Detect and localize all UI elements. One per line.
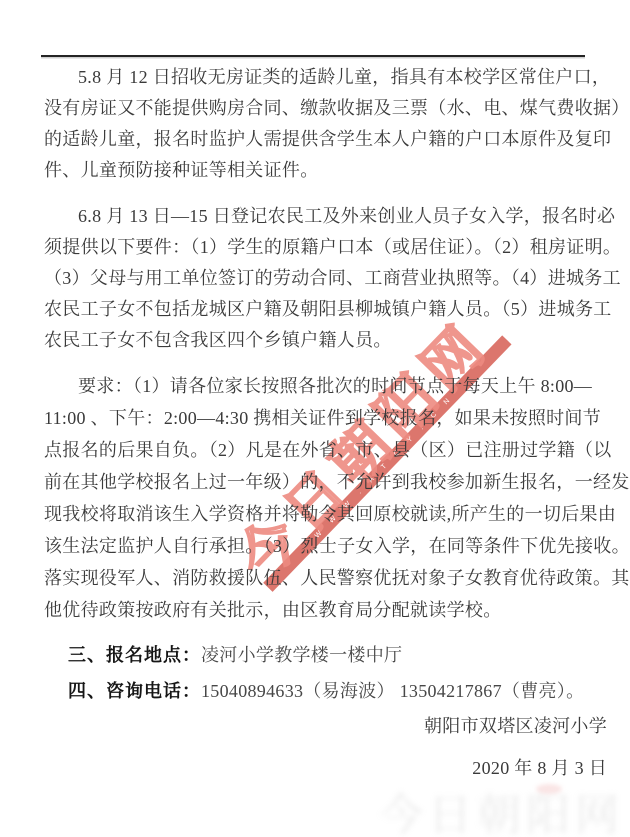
text-line: 他优待政策按政府有关批示，由区教育局分配就读学校。 bbox=[44, 594, 607, 626]
text-line: 5.8 月 12 日招收无房证类的适龄儿童，指具有本校学区常住户口， bbox=[44, 62, 607, 93]
text-line: 件、儿童预防接种证等相关证件。 bbox=[44, 155, 607, 186]
section-contact-phone: 四、咨询电话：15040894633（易海波） 13504217867（曹亮）。 bbox=[44, 679, 607, 703]
section-value: 凌河小学教学楼一楼中厅 bbox=[201, 645, 402, 665]
header-divider-line bbox=[41, 55, 585, 57]
section-value: 15040894633（易海波） 13504217867（曹亮）。 bbox=[201, 681, 584, 701]
text-line: 前在其他学校报名上过一年级）的，不允许到我校参加新生报名，一经发 bbox=[44, 466, 607, 498]
paragraph-item-6: 6.8 月 13 日—15 日登记农民工及外来创业人员子女入学，报名时必须提供以… bbox=[44, 201, 607, 356]
signature-date: 2020 年 8 月 3 日 bbox=[44, 756, 630, 780]
section-registration-location: 三、报名地点：凌河小学教学楼一楼中厅 bbox=[44, 643, 607, 667]
text-line: 11:00 、下午：2:00—4:30 携相关证件到学校报名，如果未按照时间节 bbox=[44, 402, 607, 434]
text-line: 落实现役军人、消防救援队伍、人民警察优抚对象子女教育优待政策。其 bbox=[44, 562, 607, 594]
signature-organization: 朝阳市双塔区凌河小学 bbox=[44, 714, 625, 738]
text-line: （3）父母与用工单位签订的劳动合同、工商营业执照等。（4）进城务工 bbox=[44, 263, 607, 294]
text-line: 点报名的后果自负。（2）凡是在外省、市、县（区）已注册过学籍（以 bbox=[44, 434, 607, 466]
section-label: 三、报名地点： bbox=[68, 645, 201, 665]
section-label: 四、咨询电话： bbox=[68, 681, 201, 701]
text-line: 该生法定监护人自行承担。（3）烈士子女入学，在同等条件下优先接收。 bbox=[44, 530, 607, 562]
paragraph-item-5: 5.8 月 12 日招收无房证类的适龄儿童，指具有本校学区常住户口，没有房证又不… bbox=[44, 62, 607, 186]
text-line: 要求：（1）请各位家长按照各批次的时间节点于每天上午 8:00— bbox=[44, 370, 607, 402]
text-line: 农民工子女不包含我区四个乡镇户籍人员。 bbox=[44, 325, 607, 356]
text-line: 6.8 月 13 日—15 日登记农民工及外来创业人员子女入学，报名时必 bbox=[44, 201, 607, 232]
ghost-smudge bbox=[536, 784, 562, 794]
text-line: 没有房证又不能提供购房合同、缴款收据及三票（水、电、煤气费收据） bbox=[44, 93, 607, 124]
text-line: 须提供以下要件：（1）学生的原籍户口本（或居住证）。（2）租房证明。 bbox=[44, 232, 607, 263]
paragraph-requirements: 要求：（1）请各位家长按照各批次的时间节点于每天上午 8:00—11:00 、下… bbox=[44, 370, 607, 626]
text-line: 的适龄儿童，报名时监护人需提供含学生本人户籍的户口本原件及复印 bbox=[44, 124, 607, 155]
scanned-notice-page: 今日朝阳网 WWW.ATCY.CN 今日朝阳网 5.8 月 12 日招收无房证类… bbox=[0, 0, 630, 837]
text-line: 现我校将取消该生入学资格并将勒令其回原校就读,所产生的一切后果由 bbox=[44, 498, 607, 530]
text-line: 农民工子女不包括龙城区户籍及朝阳县柳城镇户籍人员。（5）进城务工 bbox=[44, 294, 607, 325]
ghost-watermark: 今日朝阳网 bbox=[379, 779, 624, 837]
